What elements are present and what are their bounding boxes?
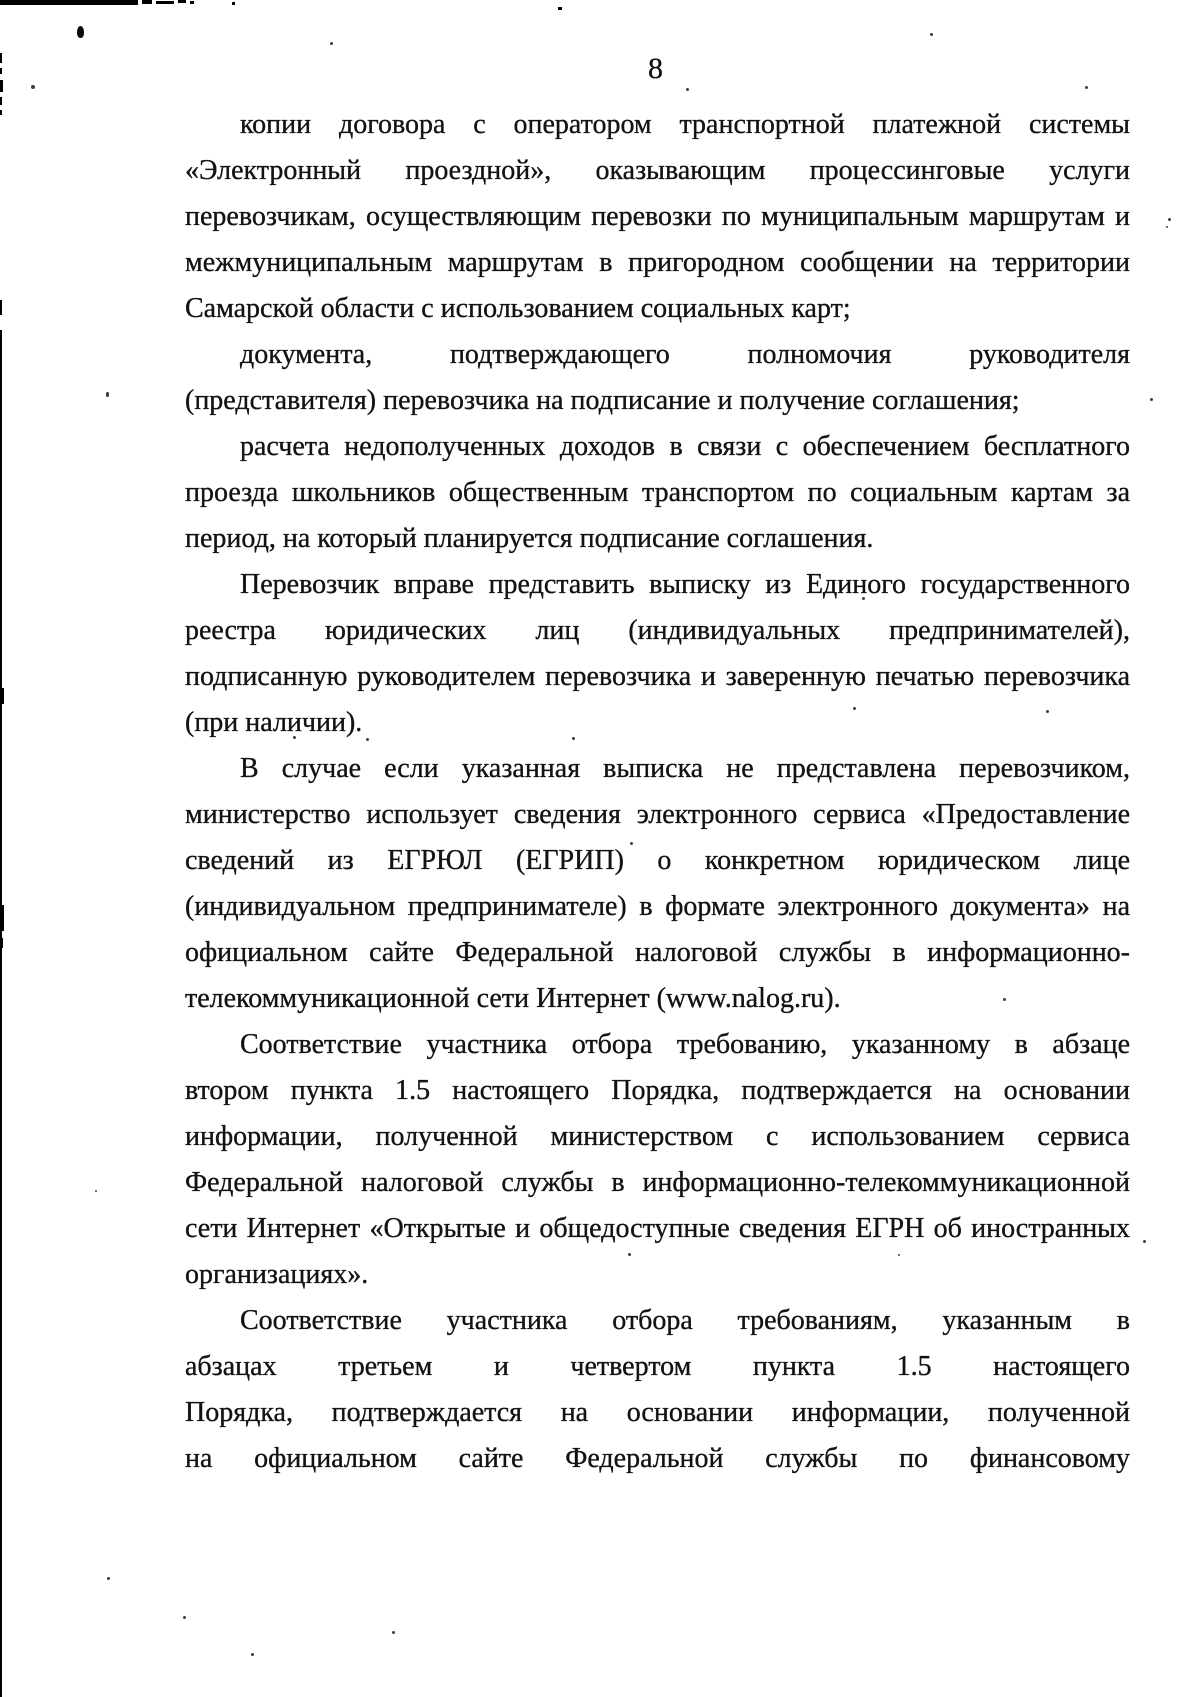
scan-speckle [293,736,296,739]
text-line: (представителя) перевозчика на подписани… [185,378,1130,424]
text-line: Соответствие участника отбора требования… [185,1298,1130,1344]
text-line: (индивидуальном предпринимателе) в форма… [185,884,1130,930]
text-line: расчета недополученных доходов в связи с… [185,424,1130,470]
paragraph-7: Соответствие участника отбора требования… [185,1298,1130,1482]
scan-speckle [106,392,109,397]
scan-speckle [251,1653,254,1656]
scan-speckle [107,1577,110,1580]
scan-left-edge-dash [0,110,2,115]
scan-speckle [572,737,575,740]
text-line: Перевозчик вправе представить выписку из… [185,562,1130,608]
scan-speckle [1166,226,1168,228]
scan-speckle [930,33,933,36]
scan-speckle [686,88,689,91]
text-line: перевозчикам, осуществляющим перевозки п… [185,194,1130,240]
scan-speckle [183,1616,186,1619]
paragraph-2: документа, подтверждающего полномочия ру… [185,332,1130,424]
paragraph-3: расчета недополученных доходов в связи с… [185,424,1130,562]
scan-speckle [853,707,856,710]
text-line: (при наличии). [185,700,1130,746]
scan-left-edge-notch [0,905,4,931]
scan-speckle [1143,1240,1146,1243]
scan-speckle [1046,710,1049,713]
text-line: копии договора с оператором транспортной… [185,102,1130,148]
text-line: Порядка, подтверждается на основании инф… [185,1390,1130,1436]
scan-speckle [1168,218,1171,221]
text-line: сети Интернет «Открытые и общедоступные … [185,1206,1130,1252]
scan-speckle [392,1631,395,1634]
scan-speckle [330,42,333,45]
scan-streak-dash [190,1,194,4]
document-body: копии договора с оператором транспортной… [185,102,1130,1482]
scan-speckle [1003,998,1006,1001]
scan-speckle [1150,398,1153,401]
scan-speckle [862,597,865,600]
scan-speckle [898,1254,900,1256]
text-line: Соответствие участника отбора требованию… [185,1022,1130,1068]
text-line: телекоммуникационной сети Интернет (www.… [185,976,1130,1022]
scan-speckle [628,1253,631,1256]
scan-streak-dash [156,1,174,4]
text-line: период, на который планируется подписани… [185,516,1130,562]
scan-speckle [366,738,369,741]
scan-left-edge-line [0,330,2,1697]
page-number: 8 [648,52,663,86]
scan-speckle [1085,86,1088,89]
scan-left-edge-dash [0,97,2,105]
text-line: реестра юридических лиц (индивидуальных … [185,608,1130,654]
scanned-document-page: 8 копии договора с оператором транспортн… [0,0,1200,1697]
text-line: информации, полученной министерством с и… [185,1114,1130,1160]
text-line: проезда школьников общественным транспор… [185,470,1130,516]
scan-speckle [630,842,633,845]
text-line: на официальном сайте Федеральной службы … [185,1436,1130,1482]
text-line: министерство использует сведения электро… [185,792,1130,838]
text-line: «Электронный проездной», оказывающим про… [185,148,1130,194]
scan-left-edge-notch [0,688,4,704]
text-line: абзацах третьем и четвертом пункта 1.5 н… [185,1344,1130,1390]
scan-speckle [95,1190,97,1192]
text-line: организациях». [185,1252,1130,1298]
paragraph-6: Соответствие участника отбора требованию… [185,1022,1130,1298]
paragraph-4: Перевозчик вправе представить выписку из… [185,562,1130,746]
paragraph-5: В случае если указанная выписка не предс… [185,746,1130,1022]
scan-ink-blot [77,26,84,38]
text-line: межмуниципальным маршрутам в пригородном… [185,240,1130,286]
scan-left-edge-dash [0,68,2,74]
text-line: документа, подтверждающего полномочия ру… [185,332,1130,378]
scan-left-edge-dash [0,80,3,92]
scan-streak-dash [232,2,235,5]
text-line: Федеральной налоговой службы в информаци… [185,1160,1130,1206]
text-line: Самарской области с использованием социа… [185,286,1130,332]
text-line: сведений из ЕГРЮЛ (ЕГРИП) о конкретном ю… [185,838,1130,884]
text-line: В случае если указанная выписка не предс… [185,746,1130,792]
text-line: втором пункта 1.5 настоящего Порядка, по… [185,1068,1130,1114]
scan-left-edge-dash [0,300,2,315]
scan-streak-top [0,0,138,5]
scan-streak-dash [142,0,152,4]
text-line: официальном сайте Федеральной налоговой … [185,930,1130,976]
scan-left-edge-notch [0,938,3,948]
scan-left-edge-dash [0,53,2,63]
scan-streak-dash [178,0,186,3]
scan-speckle [31,85,35,89]
paragraph-1: копии договора с оператором транспортной… [185,102,1130,332]
text-line: подписанную руководителем перевозчика и … [185,654,1130,700]
scan-streak-dash [558,7,562,10]
